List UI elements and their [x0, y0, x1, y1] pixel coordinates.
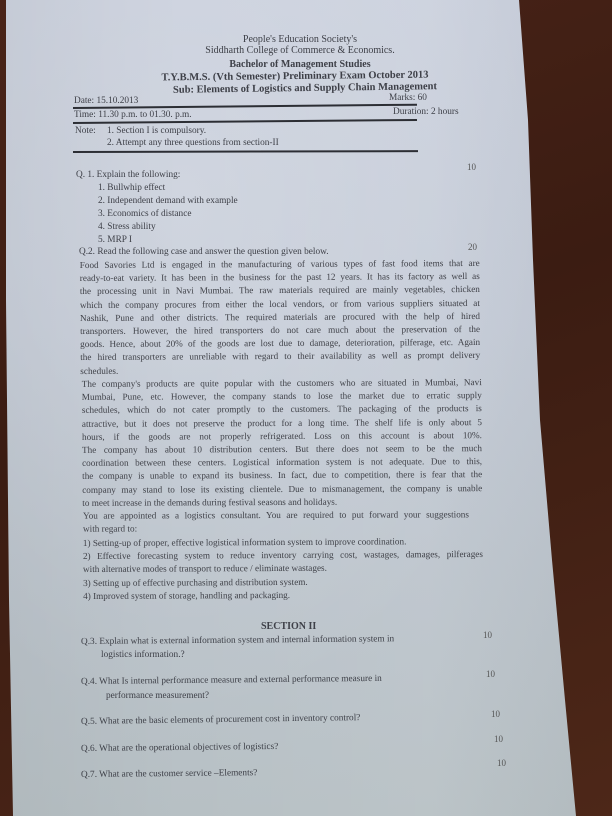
q7-text: Q.7. What are the customer service –Elem…: [81, 768, 258, 780]
note-label: Note:: [75, 126, 96, 136]
q4-text-cont: performance measurement?: [106, 691, 209, 701]
q2-title: Q.2. Read the following case and answer …: [79, 247, 329, 257]
q4-marks: 10: [486, 669, 495, 679]
q1-marks: 10: [467, 162, 476, 172]
college-name: Siddharth College of Commerce & Economic…: [140, 45, 460, 56]
q5-marks: 10: [491, 709, 500, 719]
q6-text: Q.6. What are the operational objectives…: [81, 742, 278, 754]
case-paragraph-2: The company's products are quite popular…: [82, 376, 483, 510]
case-paragraph-3: You are appointed as a logistics consult…: [83, 508, 469, 536]
case-line: the company is unable to expand its busi…: [82, 469, 482, 484]
case-line: with regard to:: [83, 522, 469, 537]
note-1: 1. Section I is compulsory.: [107, 126, 206, 136]
q1-item-4: 4. Stress ability: [98, 222, 156, 232]
suggestion-item: 4) Improved system of storage, handling …: [83, 588, 483, 603]
case-line: schedules, which do not cater promptly t…: [82, 403, 482, 418]
case-line: You are appointed as a logistics consult…: [83, 508, 469, 523]
case-line: the hired transporters are unreliable wi…: [80, 349, 480, 364]
exam-time: Time: 11.30 p.m. to 01.30. p.m.: [74, 110, 192, 120]
section-2-title: SECTION II: [261, 621, 316, 632]
suggestions-list: 1) Setting-up of proper, effective logis…: [83, 535, 483, 603]
exam-paper: People's Education Society's Siddharth C…: [0, 0, 612, 816]
exam-date: Date: 15.10.2013: [74, 96, 138, 106]
total-marks: Marks: 60: [389, 93, 427, 103]
exam-duration: Duration: 2 hours: [393, 107, 459, 117]
q3-marks: 10: [483, 630, 492, 640]
society-name: People's Education Society's: [150, 34, 450, 45]
case-line: company may stand to lose its existing c…: [82, 482, 482, 497]
case-paragraph-1: Food Savories Ltd is engaged in the manu…: [80, 257, 481, 378]
q1-item-1: 1. Bullwhip effect: [98, 183, 165, 193]
q1-item-3: 3. Economics of distance: [98, 209, 191, 219]
q3-text-cont: logistics information.?: [101, 650, 185, 660]
programme-name: Bachelor of Management Studies: [140, 59, 460, 70]
suggestion-item: 2) Effective forecasting system to reduc…: [83, 548, 483, 563]
q5-text: Q.5. What are the basic elements of proc…: [81, 713, 361, 727]
header-rule-3: [73, 150, 418, 152]
q7-marks: 10: [497, 758, 506, 768]
q4-text: Q.4. What Is internal performance measur…: [81, 674, 382, 687]
q1-item-2: 2. Independent demand with example: [98, 196, 238, 206]
q2-marks: 20: [468, 242, 477, 252]
q6-marks: 10: [494, 734, 503, 744]
q3-text: Q.3. Explain what is external informatio…: [81, 634, 394, 647]
q1-title: Q. 1. Explain the following:: [76, 170, 180, 180]
note-2: 2. Attempt any three questions from sect…: [107, 138, 279, 148]
q1-item-5: 5. MRP I: [98, 235, 132, 245]
